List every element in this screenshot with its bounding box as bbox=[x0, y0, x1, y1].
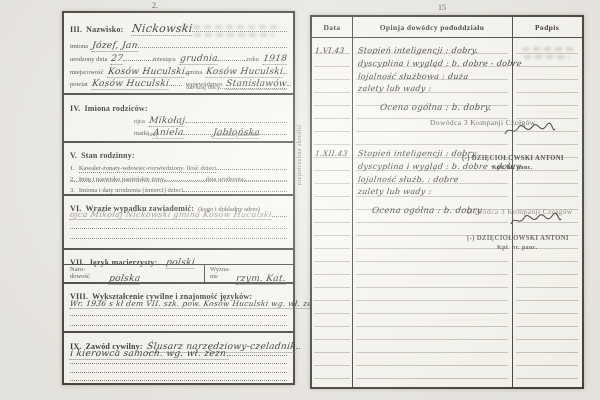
section-divider bbox=[64, 141, 293, 143]
rule-line bbox=[70, 181, 287, 182]
imie-caption: imię bbox=[148, 132, 158, 138]
surname-label: Nazwisko: bbox=[86, 25, 123, 34]
opinion-entry-date: 1.VI.43 bbox=[315, 40, 345, 58]
rule-line bbox=[70, 315, 287, 316]
right-page-number: 15 bbox=[438, 3, 446, 12]
booklet-page-right: Data Opinja dowódcy pododdziału Podpis 1… bbox=[310, 15, 584, 389]
rule-line bbox=[70, 238, 287, 239]
nationality-label-line1: Naro- bbox=[70, 266, 90, 273]
overall-grade: Ocena ogólna : b. dobry bbox=[372, 200, 482, 218]
section-divider bbox=[64, 93, 293, 95]
column-header-opinion: Opinja dowódcy pododdziału bbox=[380, 23, 485, 32]
section-iv-number: IV. bbox=[70, 104, 80, 113]
section-divider bbox=[64, 331, 293, 333]
civil-profession-value-line2: i kierowca samoch. wg. wł. zezn. bbox=[69, 349, 230, 360]
powiat-value: Kosów Huculski bbox=[91, 79, 169, 90]
mother-label: matki bbox=[134, 130, 149, 137]
surname-value: Nickowski bbox=[131, 22, 193, 36]
commander-signature bbox=[504, 123, 556, 144]
section-iii-number: III. bbox=[70, 25, 82, 34]
rule-line bbox=[70, 325, 287, 326]
marital-row3-text: Imiona i daty urodzenia (śmierci) dzieci bbox=[79, 187, 183, 194]
opinion-entry-line: zalety lub wady : bbox=[358, 181, 432, 199]
powiat-label: powiat bbox=[70, 81, 88, 88]
education-value: Wr. 1936 s kł dem VII. szk. pow. Kosów H… bbox=[69, 299, 324, 309]
rule-line bbox=[70, 372, 287, 373]
marital-row3-number: 3. bbox=[70, 187, 75, 194]
maiden-caption: nazwisko panieńskie bbox=[214, 132, 260, 138]
opinion-entry-line: zalety lub wady : bbox=[358, 78, 432, 96]
table-header-divider bbox=[312, 37, 582, 38]
emergency-contact-value: ojca Mikołaj Nickowski gmina Kosów Hucul… bbox=[69, 210, 272, 220]
opinion-entry-date: 1.XII.43 bbox=[315, 143, 348, 161]
column-divider bbox=[204, 265, 205, 283]
margin-note-cross-out: niepotrzebne skreślić bbox=[297, 124, 303, 185]
foreign-country-label: lub kraj obcy bbox=[186, 84, 220, 91]
religion-label-line2: nie bbox=[210, 273, 230, 280]
scanned-document: 2. 15 III. Nazwisko: Nickowski imiona Jó… bbox=[0, 0, 600, 400]
column-header-signature: Podpis bbox=[535, 23, 559, 32]
table-column-divider bbox=[352, 17, 353, 387]
booklet-page-left: III. Nazwisko: Nickowski imiona Józef, J… bbox=[62, 11, 295, 385]
ruled-lines bbox=[314, 41, 350, 383]
nationality-label-line2: dowość bbox=[70, 273, 90, 280]
column-header-date: Data bbox=[323, 23, 340, 32]
section-divider bbox=[64, 282, 293, 284]
rule-line bbox=[70, 228, 287, 229]
rule-line bbox=[70, 363, 287, 364]
religion-label-line1: Wyzna- bbox=[210, 266, 230, 273]
signed-rank: Kpt. br. panc. bbox=[497, 236, 538, 254]
section-divider bbox=[64, 194, 293, 196]
section-divider bbox=[64, 248, 293, 250]
rule-line bbox=[70, 380, 287, 381]
left-page-number: 2. bbox=[152, 1, 158, 10]
